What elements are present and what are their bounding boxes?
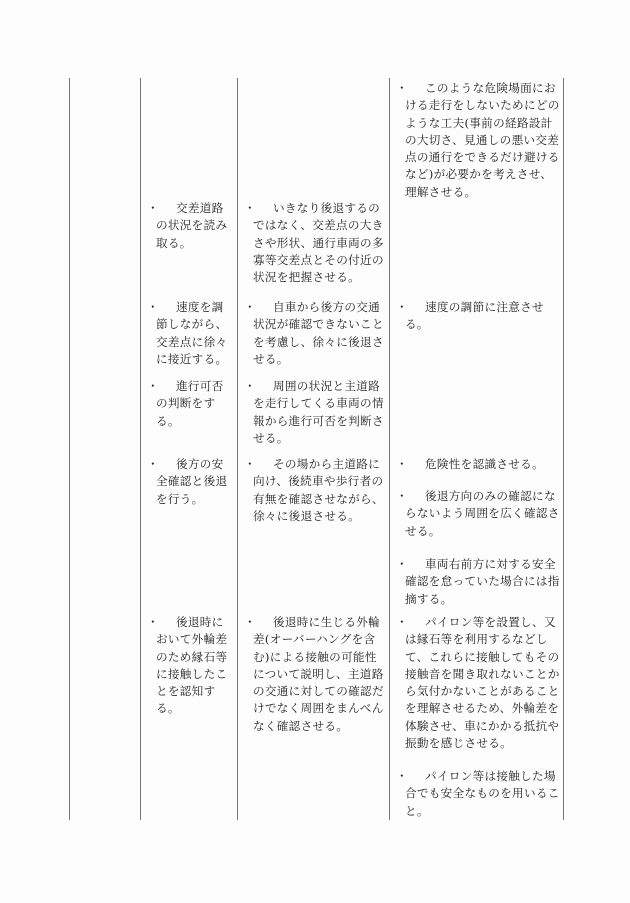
table-column-line — [237, 78, 238, 820]
bullet: ・ — [147, 614, 159, 631]
note-text: 速度の調節に注意させる。 — [396, 299, 560, 334]
table-column-line — [563, 78, 564, 820]
note-item: ・ このような危険場面における走行をしないためにどのような工夫(事前の経路設計の… — [396, 80, 560, 201]
bullet: ・ — [147, 299, 159, 316]
objective-text: 交差道路の状況を読み取る。 — [147, 200, 235, 252]
bullet: ・ — [244, 456, 256, 473]
note-text: 後退方向のみの確認にならないよう周囲を広く確認させる。 — [396, 488, 560, 540]
bullet: ・ — [244, 299, 256, 316]
note-item: ・ パイロン等は接触した場合でも安全なものを用いること。 — [396, 768, 560, 820]
method-text: その場から主道路に向け、後続車や歩行者の有無を確認させながら、徐々に後退させる。 — [244, 456, 386, 525]
method-item: ・ その場から主道路に向け、後続車や歩行者の有無を確認させながら、徐々に後退させ… — [244, 456, 386, 525]
table-column-line — [69, 78, 70, 820]
objective-text: 後方の安全確認と後退を行う。 — [147, 456, 235, 508]
method-text: 周囲の状況と主道路を走行してくる車両の情報から進行可否を判断させる。 — [244, 378, 386, 447]
note-item: ・ 危険性を認識させる。 — [396, 456, 560, 473]
bullet: ・ — [396, 614, 408, 631]
bullet: ・ — [147, 456, 159, 473]
table-column-line — [140, 78, 141, 820]
objective-text: 進行可否の判断をする。 — [147, 378, 235, 430]
objective-item: ・ 後方の安全確認と後退を行う。 — [147, 456, 235, 508]
note-item: ・ 後退方向のみの確認にならないよう周囲を広く確認させる。 — [396, 488, 560, 540]
table-column-line — [389, 78, 390, 820]
bullet: ・ — [244, 378, 256, 395]
bullet: ・ — [244, 200, 256, 217]
bullet: ・ — [396, 80, 408, 97]
method-text: 後退時に生じる外輪差(オーバーハングを含む)による接触の可能性について説明し、主… — [244, 614, 386, 735]
objective-item: ・ 速度を調節しながら、交差点に徐々に接近する。 — [147, 299, 235, 368]
method-text: いきなり後退するのではなく、交差点の大きさや形状、通行車両の多寡等交差点とその付… — [244, 200, 386, 286]
objective-text: 速度を調節しながら、交差点に徐々に接近する。 — [147, 299, 235, 368]
note-item: ・ パイロン等を設置し、又は縁石等を利用するなどして、これらに接触してもその接触… — [396, 614, 560, 752]
method-item: ・ 自車から後方の交通状況が確認できないことを考慮し、徐々に後退させる。 — [244, 299, 386, 368]
objective-item: ・ 進行可否の判断をする。 — [147, 378, 235, 430]
note-text: パイロン等は接触した場合でも安全なものを用いること。 — [396, 768, 560, 820]
note-item: ・ 速度の調節に注意させる。 — [396, 299, 560, 334]
method-item: ・ 周囲の状況と主道路を走行してくる車両の情報から進行可否を判断させる。 — [244, 378, 386, 447]
bullet: ・ — [147, 200, 159, 217]
method-text: 自車から後方の交通状況が確認できないことを考慮し、徐々に後退させる。 — [244, 299, 386, 368]
note-text: このような危険場面における走行をしないためにどのような工夫(事前の経路設計の大切… — [396, 80, 560, 201]
bullet: ・ — [244, 614, 256, 631]
bullet: ・ — [147, 378, 159, 395]
method-item: ・ いきなり後退するのではなく、交差点の大きさや形状、通行車両の多寡等交差点とそ… — [244, 200, 386, 286]
bullet: ・ — [396, 556, 408, 573]
bullet: ・ — [396, 299, 408, 316]
bullet: ・ — [396, 456, 408, 473]
objective-item: ・ 交差道路の状況を読み取る。 — [147, 200, 235, 252]
note-text: 危険性を認識させる。 — [396, 456, 560, 473]
objective-text: 後退時において外輪差のため縁石等に接触したことを認知する。 — [147, 614, 235, 718]
note-text: パイロン等を設置し、又は縁石等を利用するなどして、これらに接触してもその接触音を… — [396, 614, 560, 752]
note-text: 車両右前方に対する安全確認を怠っていた場合には指摘する。 — [396, 556, 560, 608]
method-item: ・ 後退時に生じる外輪差(オーバーハングを含む)による接触の可能性について説明し… — [244, 614, 386, 735]
objective-item: ・ 後退時において外輪差のため縁石等に接触したことを認知する。 — [147, 614, 235, 718]
bullet: ・ — [396, 488, 408, 505]
note-item: ・ 車両右前方に対する安全確認を怠っていた場合には指摘する。 — [396, 556, 560, 608]
bullet: ・ — [396, 768, 408, 785]
